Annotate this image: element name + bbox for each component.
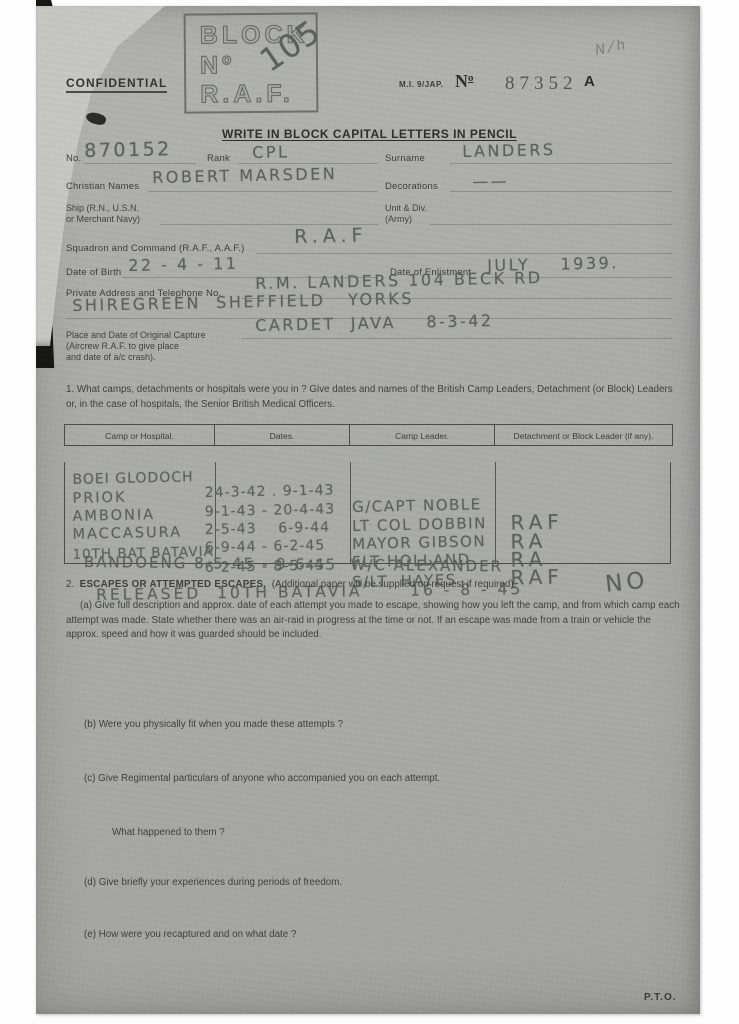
serial-number: 87352: [505, 73, 578, 95]
mi9-reference-label: M.I. 9/JAP.: [399, 80, 443, 89]
stamp-line-raf: R.A.F.: [200, 80, 306, 110]
field-label-ship-2: or Merchant Navy): [66, 214, 140, 225]
question-2e-text: (e) How were you recaptured and on what …: [84, 928, 296, 943]
serial-no-label: No: [455, 71, 474, 92]
field-value-decorations: ——: [472, 171, 509, 191]
field-label-capture-1: Place and Date of Original Capture: [66, 330, 206, 341]
field-label-surname: Surname: [385, 153, 425, 164]
field-line: [450, 191, 672, 192]
question-2c2-text: What happened to them ?: [112, 826, 225, 841]
field-value-squadron: R.A.F: [294, 224, 368, 248]
question-2-note: (Additional paper will be supplied on re…: [272, 579, 517, 590]
camps-table-header-leader: Camp Leader.: [350, 425, 495, 446]
field-line: [84, 163, 196, 164]
field-label-no: No.: [66, 153, 81, 164]
question-2-title: ESCAPES OR ATTEMPTED ESCAPES.: [80, 579, 267, 590]
field-label-squadron: Squadron and Command (R.A.F., A.A.F.): [66, 243, 244, 254]
field-line: [148, 191, 378, 192]
field-line: [450, 163, 672, 164]
field-value-dob: 22 - 4 - 11: [128, 254, 239, 275]
field-label-rank: Rank: [207, 153, 230, 164]
question-2b-text: (b) Were you physically fit when you mad…: [84, 718, 343, 733]
question-2a-text: (a) Give full description and approx. da…: [66, 599, 680, 643]
page-turn-over-label: P.T.O.: [644, 992, 677, 1003]
question-2-answer: NO: [604, 567, 650, 597]
field-line: [430, 224, 672, 225]
question-2-number: 2.: [66, 579, 74, 590]
field-value-christian-names: ROBERT MARSDEN: [152, 164, 337, 187]
camps-table-header-dates: Dates.: [215, 425, 350, 446]
camps-table: Camp or Hospital. Dates. Camp Leader. De…: [64, 424, 673, 446]
field-value-rank: CPL: [252, 142, 290, 162]
camps-table-header-camp: Camp or Hospital.: [65, 425, 215, 446]
confidential-marking: CONFIDENTIAL: [66, 76, 167, 93]
camps-table-header-detachment: Detachment or Block Leader (if any).: [495, 425, 673, 446]
question-2d-text: (d) Give briefly your experiences during…: [84, 876, 342, 891]
question-2c-text: (c) Give Regimental particulars of anyon…: [84, 772, 440, 787]
field-label-ship-1: Ship (R.N., U.S.N.: [66, 203, 139, 214]
field-value-no: 870152: [84, 138, 172, 162]
field-value-surname: LANDERS: [462, 140, 556, 161]
field-line: [242, 338, 672, 339]
question-1-text: 1. What camps, detachments or hospitals …: [66, 383, 674, 412]
field-label-capture-2: (Aircrew R.A.F. to give place: [66, 341, 179, 352]
field-label-decorations: Decorations: [385, 181, 438, 192]
field-label-unit-1: Unit & Div.: [385, 203, 427, 214]
field-label-unit-2: (Army): [385, 214, 412, 225]
question-2-heading: 2. ESCAPES OR ATTEMPTED ESCAPES. (Additi…: [66, 578, 674, 593]
field-label-christian-names: Christian Names: [66, 181, 139, 192]
field-label-capture-3: and date of a/c crash).: [66, 352, 156, 363]
serial-suffix: A: [584, 73, 595, 90]
field-label-dob: Date of Birth: [66, 267, 121, 278]
document-page: CONFIDENTIAL BLOCK Nº R.A.F. 105 M.I. 9/…: [0, 0, 739, 1024]
